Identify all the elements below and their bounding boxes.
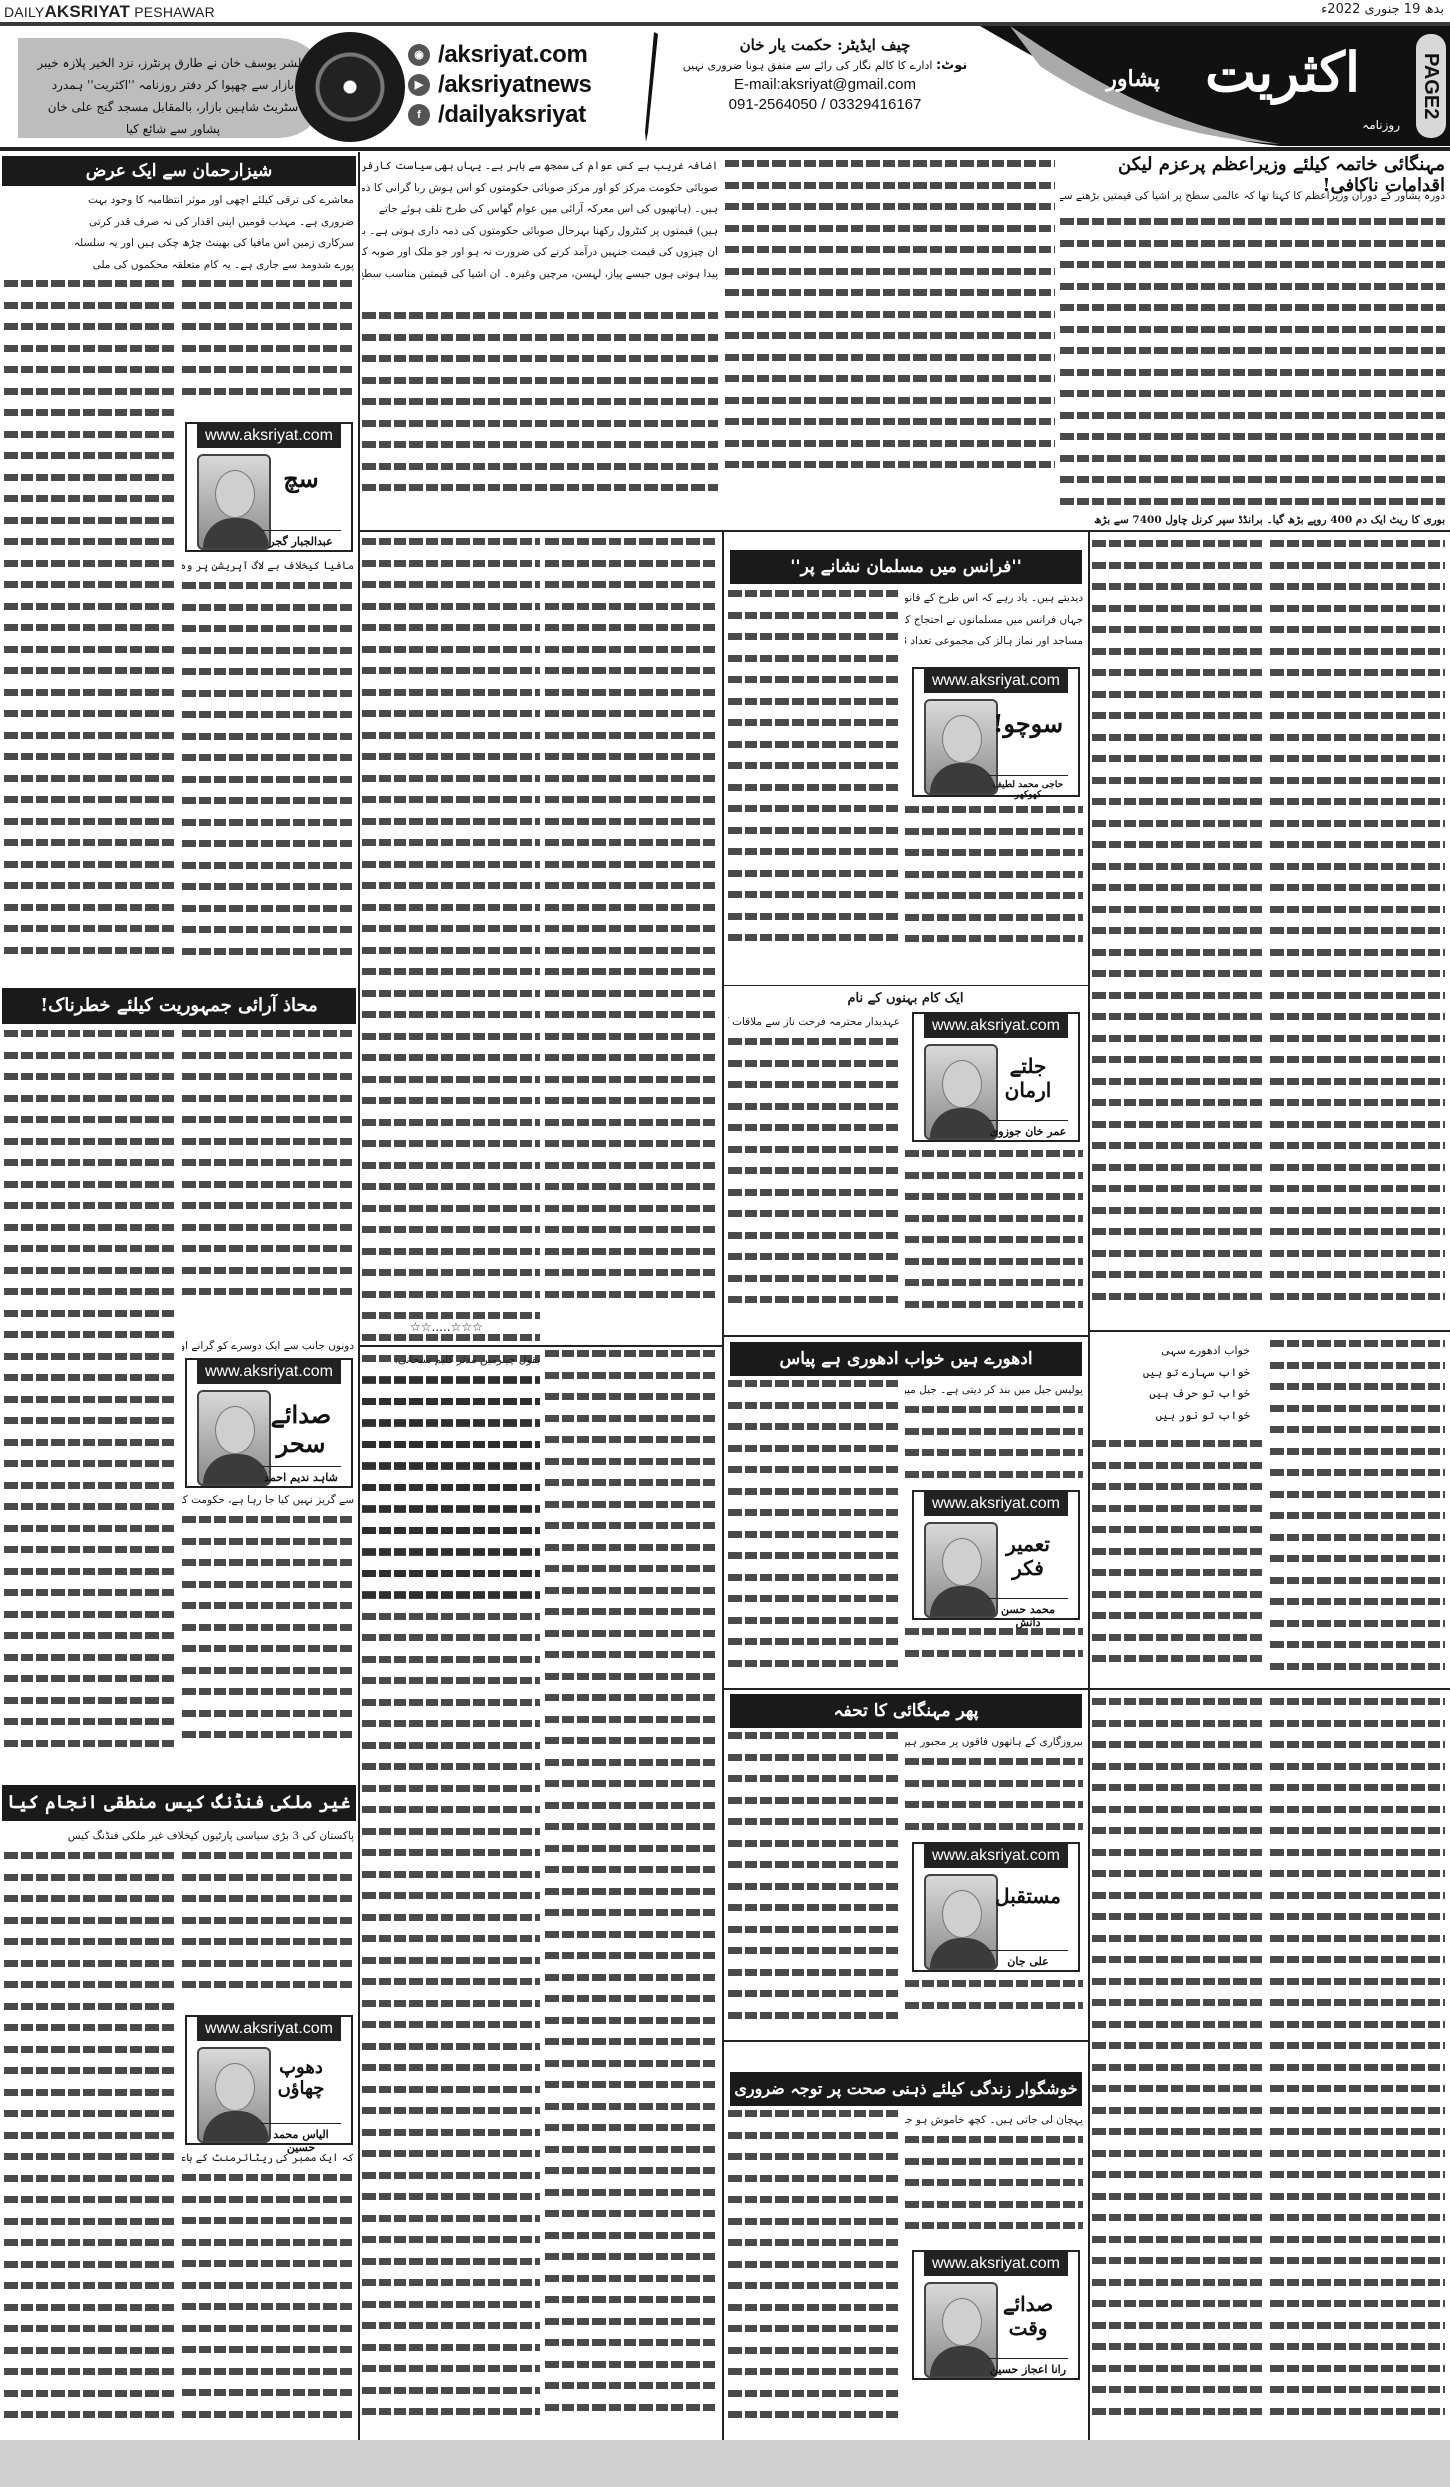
column-divider bbox=[1088, 530, 1090, 2440]
vinyl-disc-graphic bbox=[295, 32, 405, 142]
columnist-name: شاہد ندیم احمد bbox=[261, 1466, 341, 1484]
article-body-col bbox=[182, 1516, 354, 1766]
article-body: معاشرے کی ترقی کیلئے اچھی اور موثر انتظا… bbox=[4, 190, 354, 280]
columnist-card: www.aksriyat.com جلتے ارمان عمر خان جوزو… bbox=[912, 1012, 1080, 1142]
social-facebook[interactable]: f /dailyaksriyat bbox=[408, 100, 638, 130]
issue-date: بدھ 19 جنوری 2022ء bbox=[1321, 2, 1444, 17]
site-url: www.aksriyat.com bbox=[924, 1492, 1068, 1516]
brand-wordmark: DAILYAKSRIYAT PESHAWAR bbox=[4, 2, 215, 22]
article-body-col bbox=[728, 2110, 900, 2435]
columnist-photo bbox=[924, 1522, 998, 1618]
article-body-col bbox=[1092, 1698, 1262, 2433]
article-body-col bbox=[905, 806, 1083, 966]
columnist-photo bbox=[924, 2282, 998, 2378]
columnist-name: رانا اعجاز حسین bbox=[988, 2358, 1068, 2376]
section-rule bbox=[724, 1335, 1088, 1337]
article-body-col bbox=[4, 280, 174, 970]
column-name: تعمیر فکر bbox=[988, 1532, 1068, 1580]
columnist-name: عبدالجبار گجر bbox=[261, 530, 341, 548]
section-title-banner: محاذ آرائی جمہوریت کیلئے خطرناک! bbox=[2, 988, 356, 1024]
section-title-banner: غیر ملکی فنڈنگ کیس منطقی انجام کیا ہوگا؟ bbox=[2, 1785, 356, 1821]
editorial-body-left-rest bbox=[362, 312, 718, 512]
article-body-col bbox=[905, 1406, 1083, 1486]
column-name: جلتے ارمان bbox=[988, 1054, 1068, 1102]
poem-line: خواب سہارے تو ہیں bbox=[1100, 1362, 1250, 1384]
site-url: www.aksriyat.com bbox=[924, 669, 1068, 693]
article-body-col bbox=[545, 1350, 718, 2435]
columnist-card: www.aksriyat.com مستقبل علی جان bbox=[912, 1842, 1080, 1972]
columnist-card: www.aksriyat.com دھوپ چھاؤں الیاس محمد ح… bbox=[185, 2015, 353, 2145]
section-rule bbox=[360, 1345, 722, 1347]
article-body-col bbox=[728, 1380, 900, 1680]
article-body-col bbox=[182, 582, 354, 972]
article-body: بیروزگاری کے ہاتھوں فاقوں پر مجبور ہیں ا… bbox=[905, 1732, 1083, 1754]
section-rule bbox=[724, 2040, 1088, 2042]
editor-info: چیف ایڈیٹر: حکمت یار خان نوٹ: ادارے کا ک… bbox=[680, 36, 970, 136]
editorial-closing-line: بوری کا ریٹ ایک دم 400 روپے بڑھ گیا۔ برا… bbox=[1092, 510, 1445, 532]
article-body-col bbox=[1270, 540, 1445, 1320]
section-title-banner: شیزارحمان سے ایک عرض bbox=[2, 156, 356, 186]
editorial-lead-line: دورہ پشاور کے دوران وزیراعظم کا کہنا تھا… bbox=[1060, 186, 1445, 208]
columnist-name: محمد حسن دانش bbox=[988, 1598, 1068, 1629]
article-body: عہدیدار محترمہ فرحت ناز سے ملاقات کے دور… bbox=[728, 1012, 900, 1034]
poem-line: خواب تو حرف ہیں bbox=[1100, 1383, 1250, 1405]
brand-name: AKSRIYAT bbox=[44, 2, 130, 21]
section-rule bbox=[1090, 1688, 1450, 1690]
column-name: سچ bbox=[261, 464, 341, 493]
chief-editor: چیف ایڈیٹر: حکمت یار خان bbox=[680, 36, 970, 54]
article-body-col bbox=[905, 1758, 1083, 1838]
contact-email: E-mail:aksriyat@gmail.com bbox=[680, 76, 970, 93]
social-label: /aksriyatnews bbox=[438, 71, 592, 99]
article-body-col bbox=[545, 538, 718, 1318]
columnist-photo bbox=[924, 1044, 998, 1140]
article-body: پاکستان کی 3 بڑی سیاسی پارٹیوں کیخلاف غی… bbox=[4, 1826, 354, 1848]
columnist-card: www.aksriyat.com تعمیر فکر محمد حسن دانش bbox=[912, 1490, 1080, 1620]
article-body-col bbox=[1270, 1340, 1445, 1680]
article-body-col bbox=[182, 280, 354, 420]
top-strip: DAILYAKSRIYAT PESHAWAR بدھ 19 جنوری 2022… bbox=[0, 0, 1450, 22]
article-body-col bbox=[182, 2174, 354, 2434]
column-name: مستقبل bbox=[988, 1884, 1068, 1908]
article-body: پولیس جیل میں بند کر دیتی ہے۔ جیل میں بن… bbox=[905, 1380, 1083, 1402]
brand-prefix: DAILY bbox=[4, 4, 44, 20]
article-body-col bbox=[728, 590, 900, 970]
columnist-photo bbox=[197, 1390, 271, 1486]
site-url: www.aksriyat.com bbox=[924, 2252, 1068, 2276]
note-label: نوٹ: bbox=[936, 58, 967, 73]
article-title-banner: خوشگوار زندگی کیلئے ذہنی صحت پر توجہ ضرو… bbox=[730, 2072, 1082, 2106]
article-title-banner: ادھورے ہیں خواب ادھوری ہے پیاس bbox=[730, 1342, 1082, 1376]
article-body: دونوں جانب سے ایک دوسرے کو گرانے اور دیو… bbox=[182, 1336, 354, 1358]
article-body-col bbox=[905, 2136, 1083, 2246]
columnist-card: www.aksriyat.com سوچو! حاجی محمد لطیف کھ… bbox=[912, 667, 1080, 797]
article-body-col bbox=[4, 1852, 174, 2432]
pen-icon bbox=[640, 32, 660, 144]
article-body-col bbox=[1092, 540, 1262, 1320]
social-links: ◉ /aksriyat.com ▶ /aksriyatnews f /daily… bbox=[408, 40, 638, 130]
poem-verse: خواب ادھورے سہی خواب سہارے تو ہیں خواب ت… bbox=[1100, 1340, 1250, 1426]
article-body-col bbox=[1092, 1440, 1262, 1680]
column-name: سوچو! bbox=[988, 709, 1068, 738]
editorial-bottom-rule bbox=[360, 530, 1450, 532]
brand-suffix: PESHAWAR bbox=[134, 4, 215, 20]
columnist-card: www.aksriyat.com صدائے وقت رانا اعجاز حس… bbox=[912, 2250, 1080, 2380]
facebook-icon: f bbox=[408, 104, 430, 126]
columnist-name: علی جان bbox=[988, 1950, 1068, 1968]
section-end-stars: ☆☆.....☆☆☆ bbox=[410, 1320, 483, 1334]
article-body-col bbox=[905, 1980, 1083, 2030]
article-body: مافیا کیخلاف بے لاگ آپریشن پر وہ داد کی … bbox=[182, 556, 354, 578]
column-divider bbox=[358, 152, 360, 2440]
article-title-banner: ''فرانس میں مسلمان نشانے پر'' bbox=[730, 550, 1082, 584]
page-footer-bar bbox=[0, 2440, 1450, 2487]
article-body-col bbox=[182, 1030, 354, 1330]
columnist-card: www.aksriyat.com صدائے سحر شاہد ندیم احم… bbox=[185, 1358, 353, 1488]
social-website[interactable]: ◉ /aksriyat.com bbox=[408, 40, 638, 70]
site-url: www.aksriyat.com bbox=[197, 1360, 341, 1384]
logo-city: پشاور bbox=[1106, 66, 1160, 92]
columnist-photo bbox=[924, 1874, 998, 1970]
section-rule bbox=[724, 985, 1088, 986]
article-body-col bbox=[728, 1038, 900, 1328]
site-url: www.aksriyat.com bbox=[924, 1844, 1068, 1868]
columnist-photo bbox=[197, 2047, 271, 2143]
column-name: صدائے وقت bbox=[988, 2292, 1068, 2340]
article-body: سے گریز نہیں کیا جا رہا ہے، حکومت کیخلاف… bbox=[182, 1490, 354, 1512]
editorial-body-left: اضافہ غریب بے کس عوام کی سمجھ سے باہر ہے… bbox=[362, 156, 718, 306]
article-body-col bbox=[728, 1732, 900, 2032]
editorial-body-right bbox=[1060, 218, 1445, 518]
article-title-banner: پھر مہنگائی کا تحفہ bbox=[730, 1694, 1082, 1728]
poem-line: خواب تو نور ہیں bbox=[1100, 1405, 1250, 1427]
site-url: www.aksriyat.com bbox=[924, 1014, 1068, 1038]
social-youtube[interactable]: ▶ /aksriyatnews bbox=[408, 70, 638, 100]
note-text: ادارے کا کالم نگار کی رائے سے متفق ہونا … bbox=[683, 59, 933, 72]
site-url: www.aksriyat.com bbox=[197, 424, 341, 448]
columnist-name: حاجی محمد لطیف کھوکھر bbox=[988, 775, 1068, 800]
article-title: ایک کام بہنوں کے نام bbox=[728, 988, 1083, 1010]
article-body-col bbox=[1270, 1698, 1445, 2433]
contact-phone: 091-2564050 / 03329416167 bbox=[680, 96, 970, 113]
article-body-col bbox=[4, 1030, 174, 1760]
column-divider bbox=[722, 530, 724, 2440]
page-number-tab: PAGE2 bbox=[1416, 34, 1446, 138]
editorial-note: نوٹ: ادارے کا کالم نگار کی رائے سے متفق … bbox=[680, 58, 970, 73]
article-body-col bbox=[362, 1376, 540, 2436]
social-label: /aksriyat.com bbox=[438, 41, 588, 69]
article-body: بقول چیئرمین مدثر کلیم سبحانی: bbox=[362, 1350, 540, 1372]
poem-line: خواب ادھورے سہی bbox=[1100, 1340, 1250, 1362]
columnist-photo bbox=[924, 699, 998, 795]
column-name: دھوپ چھاؤں bbox=[261, 2057, 341, 2099]
section-rule bbox=[724, 1688, 1088, 1690]
editorial-body-mid bbox=[725, 160, 1055, 490]
article-body: پہچان لی جاتی ہیں۔ کچھ خاموش ہو جاتے ہیں… bbox=[905, 2110, 1083, 2132]
publisher-imprint: پبلشر یوسف خان نے طارق پرنٹرز، نزد الخیر… bbox=[18, 38, 328, 138]
article-body: کہ ایک ممبر کی ریٹائرمنٹ کے باعث اسکروٹن… bbox=[182, 2148, 354, 2170]
article-body: دیدیتے ہیں۔ یاد رہے کہ اس طرح کے قانون ک… bbox=[905, 588, 1083, 658]
article-body-col bbox=[905, 1628, 1083, 1678]
article-body-col bbox=[182, 1852, 354, 2012]
site-url: www.aksriyat.com bbox=[197, 2017, 341, 2041]
globe-icon: ◉ bbox=[408, 44, 430, 66]
columnist-photo bbox=[197, 454, 271, 550]
newspaper-logo: اکثریت bbox=[1205, 40, 1360, 104]
article-body-col bbox=[905, 1150, 1083, 1330]
masthead: پبلشر یوسف خان نے طارق پرنٹرز، نزد الخیر… bbox=[0, 26, 1450, 146]
columnist-name: عمر خان جوزوی bbox=[988, 1120, 1068, 1138]
youtube-icon: ▶ bbox=[408, 74, 430, 96]
column-name: صدائے سحر bbox=[261, 1400, 341, 1458]
masthead-rule bbox=[0, 147, 1450, 151]
logo-daily: روزنامہ bbox=[1362, 118, 1400, 132]
section-rule bbox=[1090, 1330, 1450, 1332]
social-label: /dailyaksriyat bbox=[438, 101, 586, 129]
columnist-card: www.aksriyat.com سچ عبدالجبار گجر bbox=[185, 422, 353, 552]
